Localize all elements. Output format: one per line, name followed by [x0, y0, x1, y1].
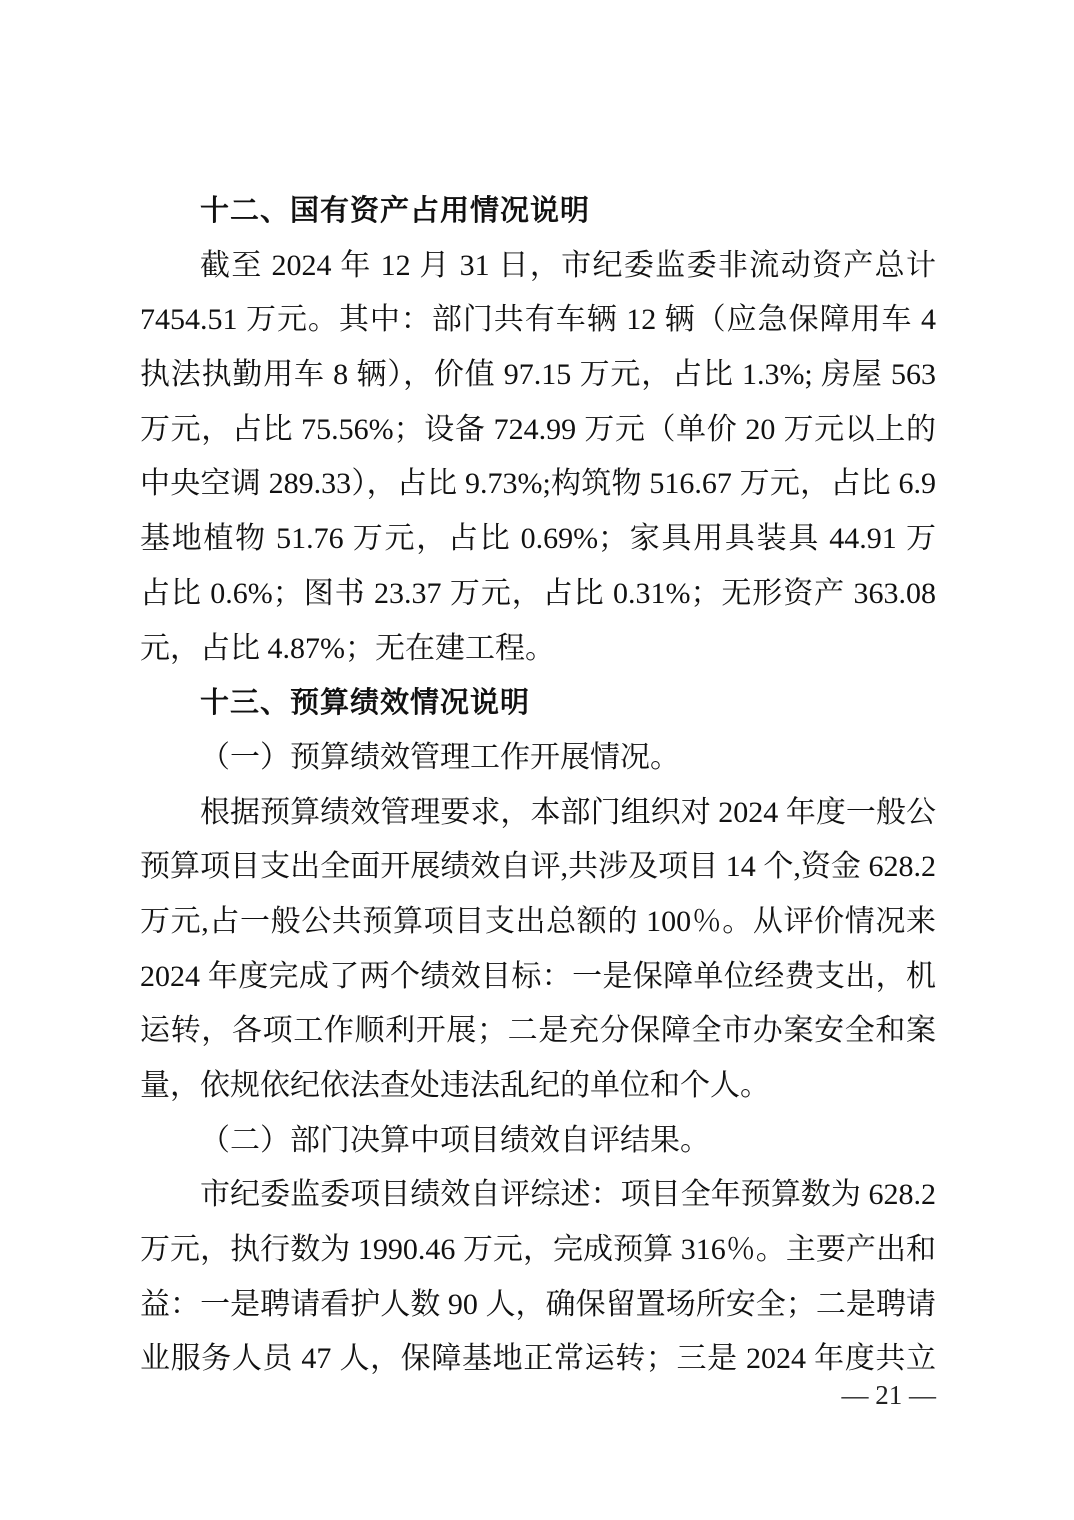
text-line-17: 量，依规依纪依法查处违法乱纪的单位和个人。 [140, 1059, 936, 1114]
text-line-13: 预算项目支出全面开展绩效自评,共涉及项目 14 个,资金 628.29 [140, 840, 936, 895]
text-line-16: 运转，各项工作顺利开展；二是充分保障全市办案安全和案件质 [140, 1004, 936, 1059]
text-line-18: （二）部门决算中项目绩效自评结果。 [140, 1114, 936, 1169]
text-line-3: 7454.51 万元。其中：部门共有车辆 12 辆（应急保障用车 4 辆、 [140, 293, 936, 348]
text-line-9: 元，占比 4.87%；无在建工程。 [140, 622, 936, 677]
text-line-20: 万元，执行数为 1990.46 万元，完成预算 316％。主要产出和效 [140, 1223, 936, 1278]
text-line-4: 执法执勤用车 8 辆），价值 97.15 万元，占比 1.3%; 房屋 5632… [140, 348, 936, 403]
text-line-1: 十二、国有资产占用情况说明 [140, 184, 936, 239]
text-line-6: 中央空调 289.33），占比 9.73%;构筑物 516.67 万元，占比 6… [140, 457, 936, 512]
text-line-21: 益：一是聘请看护人数 90 人，确保留置场所安全；二是聘请物 [140, 1278, 936, 1333]
text-line-12: 根据预算绩效管理要求，本部门组织对 2024 年度一般公共 [140, 786, 936, 841]
text-line-5: 万元，占比 75.56%；设备 724.99 万元（单价 20 万元以上的消 [140, 403, 936, 458]
text-line-8: 占比 0.6%；图书 23.37 万元，占比 0.31%；无形资产 363.08… [140, 567, 936, 622]
text-line-15: 2024 年度完成了两个绩效目标：一是保障单位经费支出，机构 [140, 950, 936, 1005]
document-page: 十二、国有资产占用情况说明截至 2024 年 12 月 31 日，市纪委监委非流… [0, 0, 1074, 1520]
text-line-10: 十三、预算绩效情况说明 [140, 676, 936, 731]
text-line-19: 市纪委监委项目绩效自评综述：项目全年预算数为 628.29 [140, 1168, 936, 1223]
text-line-14: 万元,占一般公共预算项目支出总额的 100％。从评价情况来看， [140, 895, 936, 950]
text-line-11: （一）预算绩效管理工作开展情况。 [140, 731, 936, 786]
document-body: 十二、国有资产占用情况说明截至 2024 年 12 月 31 日，市纪委监委非流… [140, 184, 936, 1387]
text-line-2: 截至 2024 年 12 月 31 日，市纪委监委非流动资产总计 [140, 239, 936, 294]
page-number: — 21 — [140, 1377, 936, 1413]
text-line-7: 基地植物 51.76 万元，占比 0.69%；家具用具装具 44.91 万元， [140, 512, 936, 567]
